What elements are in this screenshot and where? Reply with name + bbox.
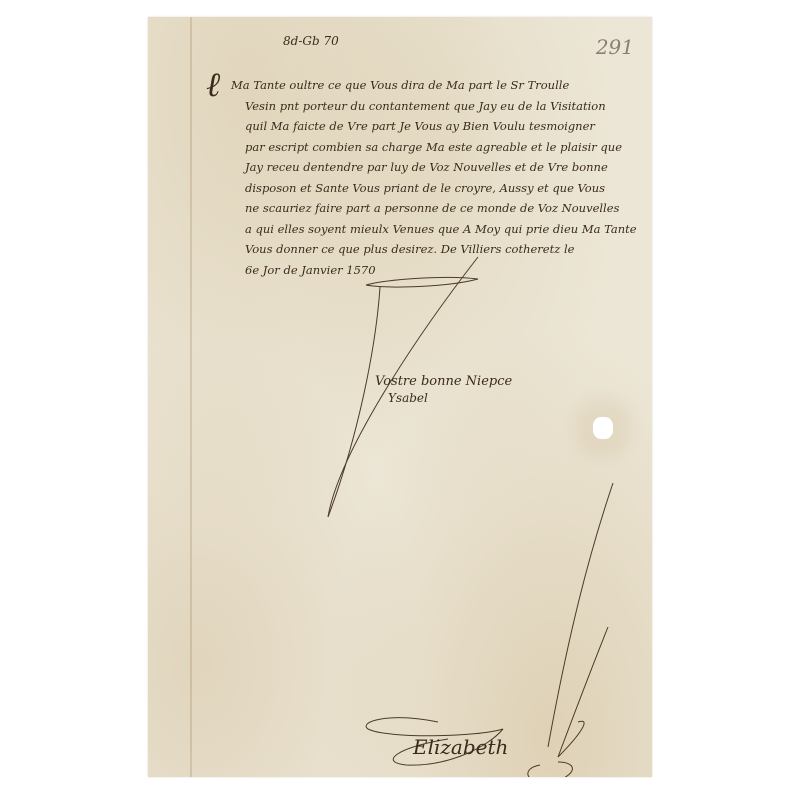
pen-flourishes	[148, 17, 652, 777]
letter-paper: 8d-Gb 70 291 ℓ Ma Tante oultre ce que Vo…	[148, 17, 652, 777]
signature: Elizabeth	[413, 735, 508, 759]
